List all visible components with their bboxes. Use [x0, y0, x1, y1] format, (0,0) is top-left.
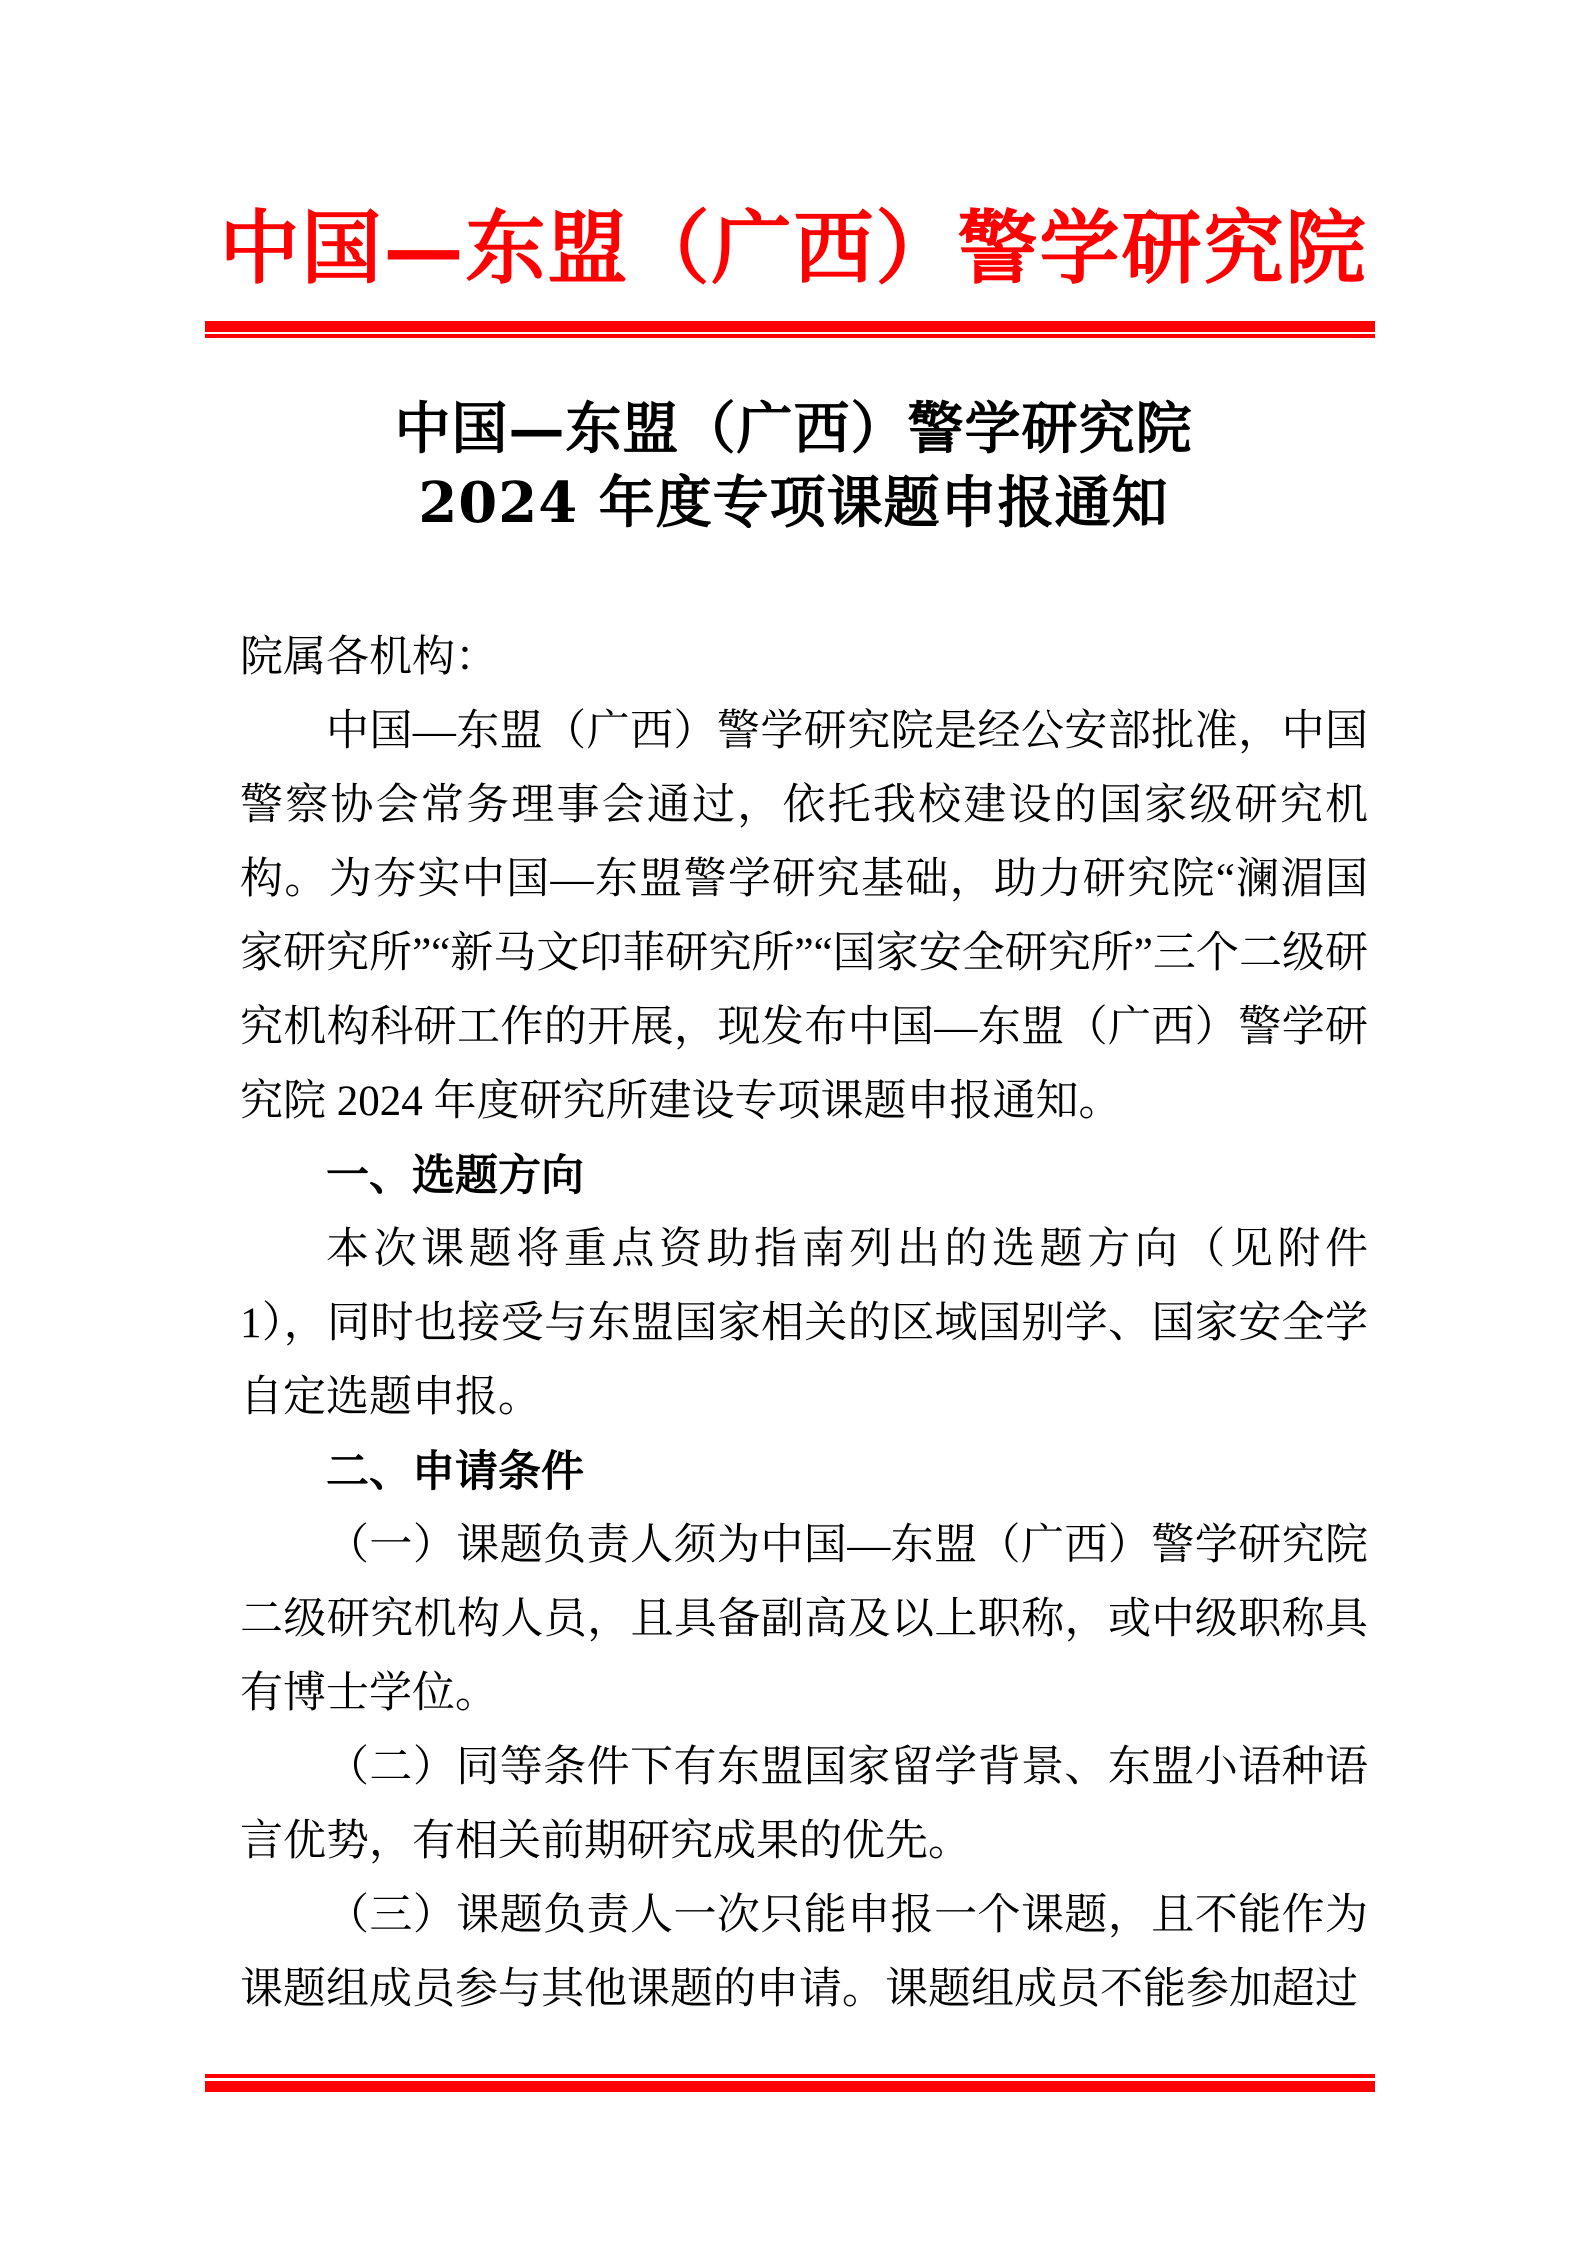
section-heading-topics: 一、选题方向 [240, 1139, 1368, 1213]
paragraph-condition-3: （三）课题负责人一次只能申报一个课题，且不能作为课题组成员参与其他课题的申请。课… [240, 1879, 1368, 2027]
salutation: 院属各机构： [240, 621, 1368, 695]
document-title: 中国—东盟（广西）警学研究院 2024 年度专项课题申报通知 [0, 392, 1587, 540]
letterhead-divider-top [205, 321, 1375, 338]
paragraph-condition-2: （二）同等条件下有东盟国家留学背景、东盟小语种语言优势，有相关前期研究成果的优先… [240, 1731, 1368, 1879]
section-heading-requirements: 二、申请条件 [240, 1435, 1368, 1509]
document-title-line1: 中国—东盟（广西）警学研究院 [0, 392, 1587, 466]
document-body: 院属各机构： 中国—东盟（广西）警学研究院是经公安部批准，中国警察协会常务理事会… [240, 621, 1368, 2027]
letterhead-org-name: 中国—东盟（广西）警学研究院 [0, 208, 1587, 288]
document-page: 中国—东盟（广西）警学研究院 中国—东盟（广西）警学研究院 2024 年度专项课… [0, 0, 1587, 2245]
paragraph-topics: 本次课题将重点资助指南列出的选题方向（见附件 1），同时也接受与东盟国家相关的区… [240, 1213, 1368, 1435]
letterhead-divider-bottom [205, 2074, 1375, 2092]
document-title-line2: 2024 年度专项课题申报通知 [0, 466, 1587, 540]
paragraph-intro: 中国—东盟（广西）警学研究院是经公安部批准，中国警察协会常务理事会通过，依托我校… [240, 695, 1368, 1139]
paragraph-condition-1: （一）课题负责人须为中国—东盟（广西）警学研究院二级研究机构人员，且具备副高及以… [240, 1509, 1368, 1731]
